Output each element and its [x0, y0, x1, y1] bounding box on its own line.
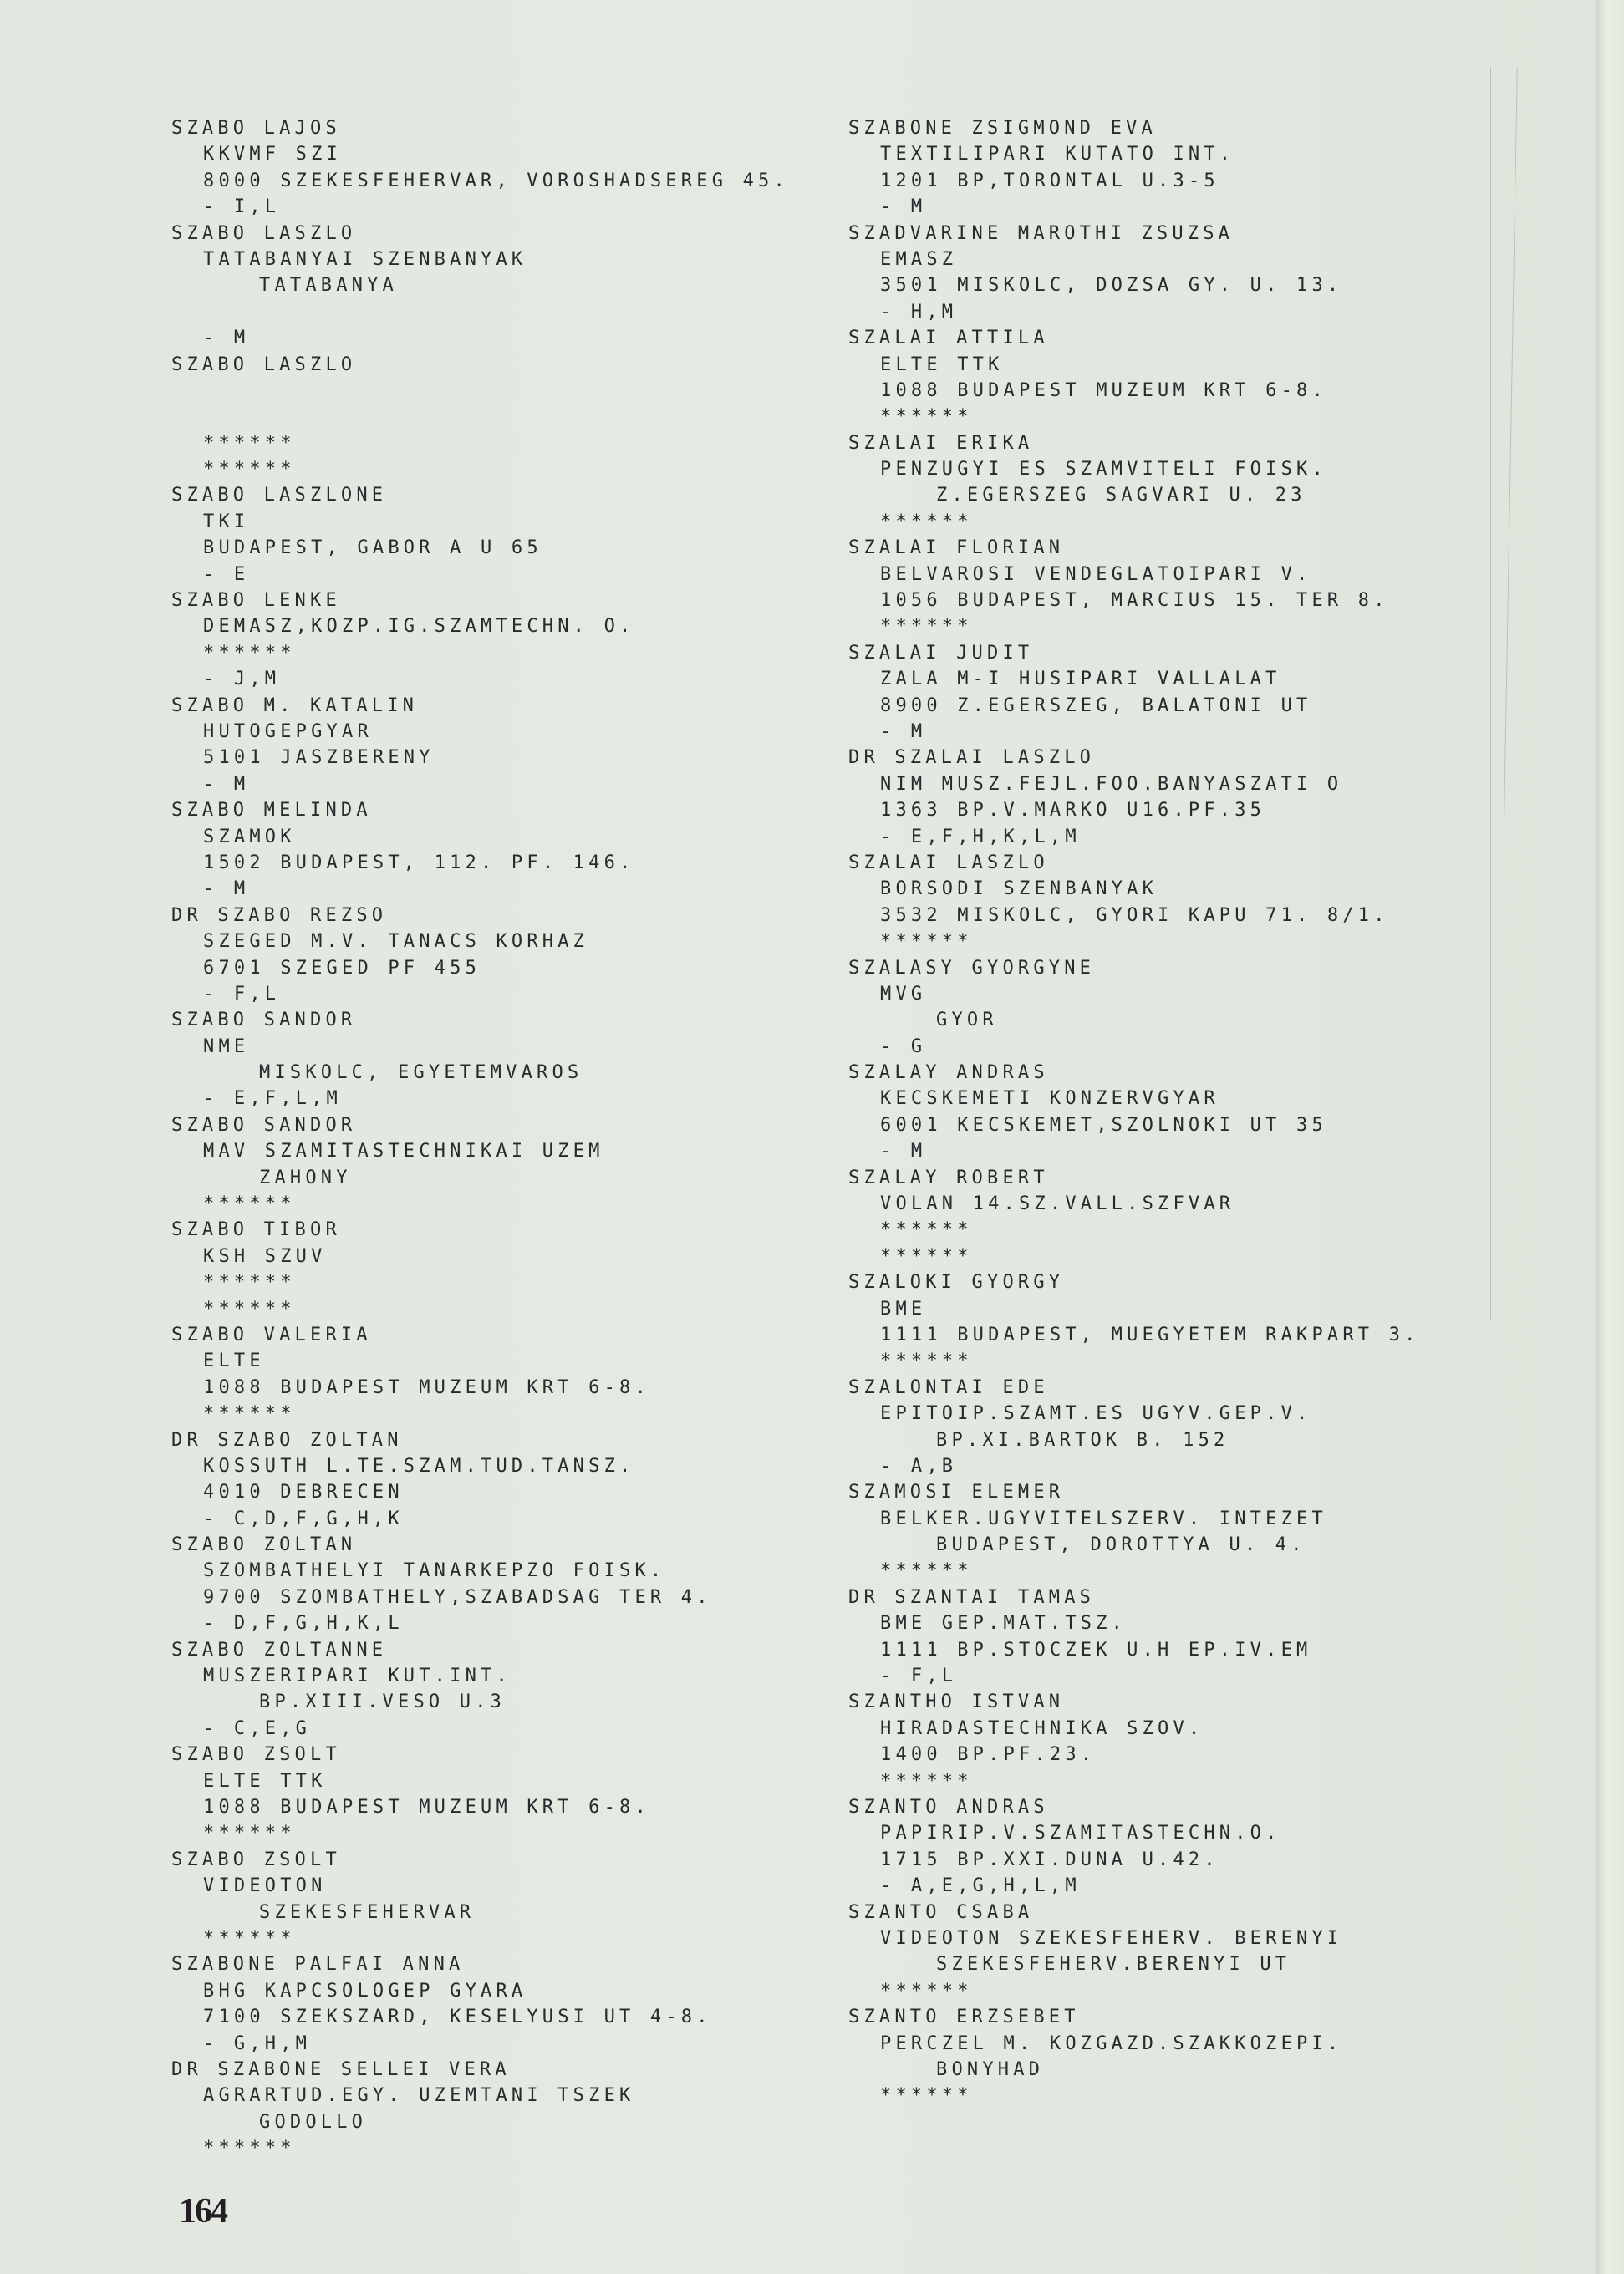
entry-name: SZALAI ATTILA	[848, 325, 1420, 351]
entry-detail-line: BUDAPEST, DOROTTYA U. 4.	[848, 1532, 1420, 1558]
directory-entry: SZABO LASZLONETKIBUDAPEST, GABOR A U 65-…	[171, 482, 789, 588]
entry-detail-line: KSH SZUV	[171, 1244, 789, 1269]
entry-detail-line: MISKOLC, EGYETEMVAROS	[171, 1060, 789, 1086]
entry-separator: ******	[171, 430, 789, 456]
entry-detail-line: DEMASZ,KOZP.IG.SZAMTECHN. O.	[171, 613, 789, 639]
entry-name: SZALAI FLORIAN	[848, 535, 1420, 561]
directory-column-left: SZABO LAJOSKKVMF SZI8000 SZEKESFEHERVAR,…	[171, 115, 789, 2161]
entry-detail-line: BME GEP.MAT.TSZ.	[848, 1610, 1420, 1636]
directory-entry: SZALOKI GYORGYBME1111 BUDAPEST, MUEGYETE…	[848, 1269, 1420, 1375]
directory-entry: SZABO LENKEDEMASZ,KOZP.IG.SZAMTECHN. O.*…	[171, 588, 789, 693]
directory-entry: SZABO SANDORNMEMISKOLC, EGYETEMVAROS- E,…	[171, 1007, 789, 1112]
entry-detail-line: PAPIRIP.V.SZAMITASTECHN.O.	[848, 1820, 1420, 1846]
entry-separator: ******	[171, 1191, 789, 1217]
entry-separator: ******	[848, 1217, 1420, 1243]
entry-name: DR SZABO ZOLTAN	[171, 1427, 789, 1453]
entry-name: DR SZABONE SELLEI VERA	[171, 2057, 789, 2083]
entry-codes: - I,L	[171, 194, 789, 220]
entry-name: DR SZALAI LASZLO	[848, 745, 1420, 771]
entry-separator: ******	[848, 1244, 1420, 1269]
directory-entry: SZABO LAJOSKKVMF SZI8000 SZEKESFEHERVAR,…	[171, 115, 789, 221]
entry-detail-line: ELTE	[171, 1348, 789, 1374]
directory-entry: SZALAI FLORIANBELVAROSI VENDEGLATOIPARI …	[848, 535, 1420, 640]
directory-entry: SZANTO ERZSEBETPERCZEL M. KOZGAZD.SZAKKO…	[848, 2004, 1420, 2109]
entry-detail-line: Z.EGERSZEG SAGVARI U. 23	[848, 482, 1420, 508]
entry-name: SZANTO ERZSEBET	[848, 2004, 1420, 2030]
entry-detail-line: 6701 SZEGED PF 455	[171, 955, 789, 981]
entry-separator: ******	[171, 1269, 789, 1295]
entry-name: SZADVARINE MAROTHI ZSUZSA	[848, 221, 1420, 247]
entry-detail-line: 1201 BP,TORONTAL U.3-5	[848, 168, 1420, 194]
entry-name: SZALOKI GYORGY	[848, 1269, 1420, 1295]
page-number: 164	[179, 2191, 227, 2231]
entry-codes: - E,F,H,K,L,M	[848, 824, 1420, 850]
entry-detail-line: 1111 BP.STOCZEK U.H EP.IV.EM	[848, 1637, 1420, 1663]
entry-name: SZABO LAJOS	[171, 115, 789, 141]
directory-entry: SZABONE ZSIGMOND EVATEXTILIPARI KUTATO I…	[848, 115, 1420, 221]
entry-name: SZABO LASZLO	[171, 352, 789, 378]
directory-entry: DR SZALAI LASZLONIM MUSZ.FEJL.FOO.BANYAS…	[848, 745, 1420, 850]
entry-codes: - H,M	[848, 299, 1420, 325]
entry-codes: - E,F,L,M	[171, 1086, 789, 1112]
entry-detail-line: NME	[171, 1034, 789, 1060]
entry-separator: ******	[848, 1978, 1420, 2004]
entry-detail-line: ZALA M-I HUSIPARI VALLALAT	[848, 666, 1420, 692]
directory-entry: SZALAI ERIKAPENZUGYI ES SZAMVITELI FOISK…	[848, 430, 1420, 536]
directory-entry: SZABO ZSOLTVIDEOTONSZEKESFEHERVAR******	[171, 1847, 789, 1952]
scanned-page: SZABO LAJOSKKVMF SZI8000 SZEKESFEHERVAR,…	[0, 0, 1596, 2274]
entry-detail-line: TKI	[171, 509, 789, 535]
entry-detail-line: BP.XI.BARTOK B. 152	[848, 1427, 1420, 1453]
entry-separator: ******	[848, 509, 1420, 535]
entry-separator: ******	[848, 613, 1420, 639]
directory-entry: SZALASY GYORGYNEMVGGYOR- G	[848, 955, 1420, 1061]
entry-detail-line: 1502 BUDAPEST, 112. PF. 146.	[171, 850, 789, 876]
entry-name: SZAMOSI ELEMER	[848, 1479, 1420, 1505]
entry-detail-line: 8900 Z.EGERSZEG, BALATONI UT	[848, 693, 1420, 719]
entry-codes: - G	[848, 1034, 1420, 1060]
entry-detail-line: BME	[848, 1296, 1420, 1322]
directory-entry: DR SZANTAI TAMASBME GEP.MAT.TSZ.1111 BP.…	[848, 1585, 1420, 1690]
entry-detail-line: BP.XIII.VESO U.3	[171, 1689, 789, 1715]
entry-name: SZABO TIBOR	[171, 1217, 789, 1243]
entry-detail-line: AGRARTUD.EGY. UZEMTANI TSZEK	[171, 2083, 789, 2109]
entry-codes: - M	[848, 1138, 1420, 1164]
entry-detail-line: 1088 BUDAPEST MUZEUM KRT 6-8.	[171, 1375, 789, 1401]
entry-name: SZABO SANDOR	[171, 1112, 789, 1138]
entry-detail-line: 8000 SZEKESFEHERVAR, VOROSHADSEREG 45.	[171, 168, 789, 194]
directory-entry: SZABO ZSOLTELTE TTK1088 BUDAPEST MUZEUM …	[171, 1742, 789, 1847]
entry-codes: - C,E,G	[171, 1716, 789, 1742]
entry-detail-line: KKVMF SZI	[171, 141, 789, 167]
entry-name: SZABO ZOLTANNE	[171, 1637, 789, 1663]
directory-entry: SZALAI LASZLOBORSODI SZENBANYAK3532 MISK…	[848, 850, 1420, 955]
entry-detail-line: EPITOIP.SZAMT.ES UGYV.GEP.V.	[848, 1401, 1420, 1427]
entry-codes: - A,B	[848, 1453, 1420, 1479]
directory-entry: SZABONE PALFAI ANNABHG KAPCSOLOGEP GYARA…	[171, 1951, 789, 2057]
entry-codes: - M	[171, 876, 789, 902]
entry-separator: ******	[171, 1926, 789, 1951]
entry-name: SZANTHO ISTVAN	[848, 1689, 1420, 1715]
entry-name: SZABO VALERIA	[171, 1322, 789, 1348]
entry-detail-line: 6001 KECSKEMET,SZOLNOKI UT 35	[848, 1112, 1420, 1138]
entry-detail-line: MUSZERIPARI KUT.INT.	[171, 1663, 789, 1689]
entry-separator: ******	[171, 456, 789, 482]
entry-detail-line: BONYHAD	[848, 2057, 1420, 2083]
entry-codes: - C,D,F,G,H,K	[171, 1506, 789, 1532]
directory-entry: DR SZABO ZOLTANKOSSUTH L.TE.SZAM.TUD.TAN…	[171, 1427, 789, 1533]
entry-name: SZABO SANDOR	[171, 1007, 789, 1033]
entry-name: DR SZANTAI TAMAS	[848, 1585, 1420, 1610]
fold-line	[1504, 67, 1518, 819]
directory-entry: DR SZABONE SELLEI VERAAGRARTUD.EGY. UZEM…	[171, 2057, 789, 2162]
entry-detail-line: 1088 BUDAPEST MUZEUM KRT 6-8.	[848, 378, 1420, 404]
entry-codes: - M	[848, 719, 1420, 745]
entry-codes: - G,H,M	[171, 2031, 789, 2057]
entry-detail-line: ELTE TTK	[848, 352, 1420, 378]
entry-codes: - M	[171, 325, 789, 351]
entry-name: SZABO M. KATALIN	[171, 693, 789, 719]
entry-detail-line: ELTE TTK	[171, 1768, 789, 1794]
directory-entry: SZALAI ATTILAELTE TTK1088 BUDAPEST MUZEU…	[848, 325, 1420, 430]
entry-name: DR SZABO REZSO	[171, 903, 789, 928]
entry-codes: - F,L	[848, 1663, 1420, 1689]
entry-detail-line: 7100 SZEKSZARD, KESELYUSI UT 4-8.	[171, 2004, 789, 2030]
entry-detail-line: KOSSUTH L.TE.SZAM.TUD.TANSZ.	[171, 1453, 789, 1479]
entry-detail-line: VIDEOTON	[171, 1873, 789, 1899]
directory-entry: SZAMOSI ELEMERBELKER.UGYVITELSZERV. INTE…	[848, 1479, 1420, 1585]
entry-name: SZABO LENKE	[171, 588, 789, 613]
entry-detail-line: 1111 BUDAPEST, MUEGYETEM RAKPART 3.	[848, 1322, 1420, 1348]
entry-detail-line: EMASZ	[848, 247, 1420, 272]
directory-entry: SZABO ZOLTANNEMUSZERIPARI KUT.INT.BP.XII…	[171, 1637, 789, 1742]
entry-codes: - J,M	[171, 666, 789, 692]
entry-name: SZALAI JUDIT	[848, 640, 1420, 666]
directory-entry: SZALAI JUDITZALA M-I HUSIPARI VALLALAT89…	[848, 640, 1420, 745]
directory-entry: SZANTHO ISTVANHIRADASTECHNIKA SZOV.1400 …	[848, 1689, 1420, 1794]
entry-name: SZABO MELINDA	[171, 797, 789, 823]
entry-name: SZALAY ANDRAS	[848, 1060, 1420, 1086]
entry-detail-line: BHG KAPCSOLOGEP GYARA	[171, 1978, 789, 2004]
entry-separator: ******	[171, 2135, 789, 2161]
entry-separator: ******	[171, 1296, 789, 1322]
entry-detail-line: BUDAPEST, GABOR A U 65	[171, 535, 789, 561]
entry-name: SZANTO ANDRAS	[848, 1794, 1420, 1820]
entry-separator: ******	[848, 1348, 1420, 1374]
entry-separator: ******	[848, 1768, 1420, 1794]
directory-entry: SZANTO ANDRASPAPIRIP.V.SZAMITASTECHN.O.1…	[848, 1794, 1420, 1900]
entry-detail-line: SZOMBATHELYI TANARKEPZO FOISK.	[171, 1558, 789, 1584]
entry-name: SZABO ZSOLT	[171, 1847, 789, 1873]
entry-detail-line: TATABANYA	[171, 272, 789, 298]
entry-detail-line: BORSODI SZENBANYAK	[848, 876, 1420, 902]
entry-detail-line	[171, 299, 789, 325]
entry-detail-line: SZAMOK	[171, 824, 789, 850]
entry-codes: - E	[171, 562, 789, 588]
entry-detail-line: HIRADASTECHNIKA SZOV.	[848, 1716, 1420, 1742]
entry-detail-line: SZEGED M.V. TANACS KORHAZ	[171, 928, 789, 954]
directory-column-right: SZABONE ZSIGMOND EVATEXTILIPARI KUTATO I…	[848, 115, 1420, 2109]
entry-detail-line: ZAHONY	[171, 1165, 789, 1191]
directory-entry: SZABO MELINDASZAMOK1502 BUDAPEST, 112. P…	[171, 797, 789, 903]
entry-detail-line	[171, 378, 789, 404]
entry-name: SZALASY GYORGYNE	[848, 955, 1420, 981]
entry-detail-line: PERCZEL M. KOZGAZD.SZAKKOZEPI.	[848, 2031, 1420, 2057]
entry-detail-line: 9700 SZOMBATHELY,SZABADSAG TER 4.	[171, 1585, 789, 1610]
entry-detail-line: 1056 BUDAPEST, MARCIUS 15. TER 8.	[848, 588, 1420, 613]
directory-entry: SZABO TIBORKSH SZUV************	[171, 1217, 789, 1322]
entry-detail-line: BELKER.UGYVITELSZERV. INTEZET	[848, 1506, 1420, 1532]
directory-entry: SZADVARINE MAROTHI ZSUZSAEMASZ3501 MISKO…	[848, 221, 1420, 326]
directory-entry: SZALAY ANDRASKECSKEMETI KONZERVGYAR6001 …	[848, 1060, 1420, 1165]
entry-detail-line: 3501 MISKOLC, DOZSA GY. U. 13.	[848, 272, 1420, 298]
entry-detail-line: TEXTILIPARI KUTATO INT.	[848, 141, 1420, 167]
directory-entry: SZABO LASZLOTATABANYAI SZENBANYAKTATABAN…	[171, 221, 789, 352]
entry-codes: - A,E,G,H,L,M	[848, 1873, 1420, 1899]
entry-codes: - M	[171, 771, 789, 797]
entry-name: SZALONTAI EDE	[848, 1375, 1420, 1401]
page-edge	[1596, 0, 1624, 2274]
entry-name: SZABO ZOLTAN	[171, 1532, 789, 1558]
directory-entry: SZABO M. KATALINHUTOGEPGYAR5101 JASZBERE…	[171, 693, 789, 798]
entry-name: SZABONE PALFAI ANNA	[171, 1951, 789, 1977]
entry-codes: - M	[848, 194, 1420, 220]
entry-detail-line: BELVAROSI VENDEGLATOIPARI V.	[848, 562, 1420, 588]
entry-detail-line: 1363 BP.V.MARKO U16.PF.35	[848, 797, 1420, 823]
entry-detail-line: KECSKEMETI KONZERVGYAR	[848, 1086, 1420, 1112]
entry-detail-line: 3532 MISKOLC, GYORI KAPU 71. 8/1.	[848, 903, 1420, 928]
entry-detail-line: SZEKESFEHERVAR	[171, 1900, 789, 1926]
entry-name: SZANTO CSABA	[848, 1900, 1420, 1926]
entry-detail-line: PENZUGYI ES SZAMVITELI FOISK.	[848, 456, 1420, 482]
entry-separator: ******	[848, 928, 1420, 954]
directory-entry: SZALAY ROBERTVOLAN 14.SZ.VALL.SZFVAR****…	[848, 1165, 1420, 1270]
directory-entry: SZANTO CSABAVIDEOTON SZEKESFEHERV. BEREN…	[848, 1900, 1420, 2005]
fold-line	[1490, 67, 1491, 1320]
directory-entry: SZABO SANDORMAV SZAMITASTECHNIKAI UZEMZA…	[171, 1112, 789, 1218]
directory-entry: SZABO ZOLTANSZOMBATHELYI TANARKEPZO FOIS…	[171, 1532, 789, 1637]
entry-detail-line: VIDEOTON SZEKESFEHERV. BERENYI	[848, 1926, 1420, 1951]
entry-detail-line: SZEKESFEHERV.BERENYI UT	[848, 1951, 1420, 1977]
entry-detail-line: HUTOGEPGYAR	[171, 719, 789, 745]
entry-name: SZABO LASZLO	[171, 221, 789, 247]
entry-separator: ******	[848, 2083, 1420, 2109]
entry-name: SZALAI LASZLO	[848, 850, 1420, 876]
entry-separator: ******	[848, 404, 1420, 430]
entry-codes: - D,F,G,H,K,L	[171, 1610, 789, 1636]
entry-name: SZABO ZSOLT	[171, 1742, 789, 1768]
entry-separator: ******	[171, 1820, 789, 1846]
entry-codes: - F,L	[171, 981, 789, 1007]
entry-detail-line: GODOLLO	[171, 2109, 789, 2135]
entry-name: SZABONE ZSIGMOND EVA	[848, 115, 1420, 141]
entry-separator: ******	[171, 1401, 789, 1427]
directory-entry: DR SZABO REZSOSZEGED M.V. TANACS KORHAZ6…	[171, 903, 789, 1008]
entry-detail-line: 5101 JASZBERENY	[171, 745, 789, 771]
entry-detail-line: VOLAN 14.SZ.VALL.SZFVAR	[848, 1191, 1420, 1217]
entry-detail-line: MVG	[848, 981, 1420, 1007]
entry-detail-line	[171, 404, 789, 430]
entry-detail-line: NIM MUSZ.FEJL.FOO.BANYASZATI O	[848, 771, 1420, 797]
directory-entry: SZABO VALERIAELTE1088 BUDAPEST MUZEUM KR…	[171, 1322, 789, 1427]
entry-name: SZALAY ROBERT	[848, 1165, 1420, 1191]
entry-detail-line: 4010 DEBRECEN	[171, 1479, 789, 1505]
entry-detail-line: MAV SZAMITASTECHNIKAI UZEM	[171, 1138, 789, 1164]
directory-entry: SZALONTAI EDEEPITOIP.SZAMT.ES UGYV.GEP.V…	[848, 1375, 1420, 1480]
entry-detail-line: 1715 BP.XXI.DUNA U.42.	[848, 1847, 1420, 1873]
entry-detail-line: 1088 BUDAPEST MUZEUM KRT 6-8.	[171, 1794, 789, 1820]
entry-separator: ******	[848, 1558, 1420, 1584]
entry-detail-line: 1400 BP.PF.23.	[848, 1742, 1420, 1768]
directory-entry: SZABO LASZLO************	[171, 352, 789, 483]
entry-name: SZALAI ERIKA	[848, 430, 1420, 456]
entry-detail-line: TATABANYAI SZENBANYAK	[171, 247, 789, 272]
entry-name: SZABO LASZLONE	[171, 482, 789, 508]
entry-separator: ******	[171, 640, 789, 666]
entry-detail-line: GYOR	[848, 1007, 1420, 1033]
